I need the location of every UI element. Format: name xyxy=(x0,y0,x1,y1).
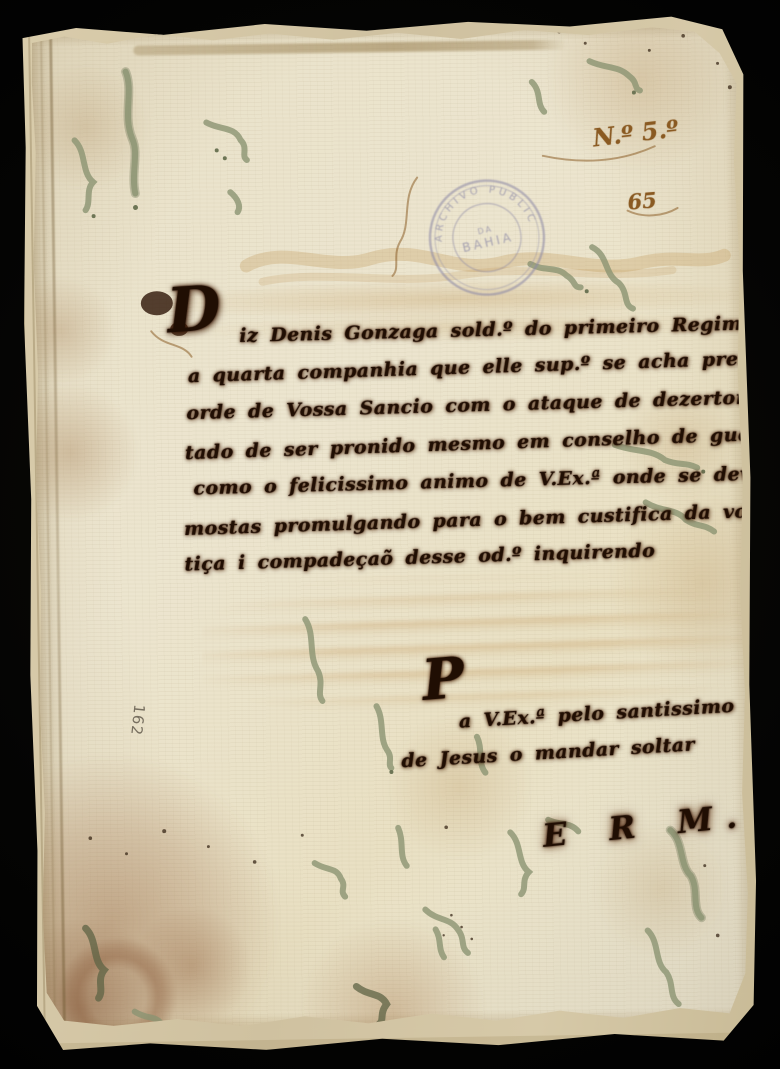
photo-background: ARCHIVO PUBLICO DA BAHIA N.º 5.º 65 162 … xyxy=(0,0,780,1069)
manuscript-initial: D xyxy=(165,283,222,336)
manuscript-page: ARCHIVO PUBLICO DA BAHIA N.º 5.º 65 162 … xyxy=(29,23,751,1033)
pencil-folio-annotation: 162 xyxy=(127,703,148,736)
folio-number-annotation: 65 xyxy=(626,187,657,214)
petition-initial: P xyxy=(420,656,466,704)
